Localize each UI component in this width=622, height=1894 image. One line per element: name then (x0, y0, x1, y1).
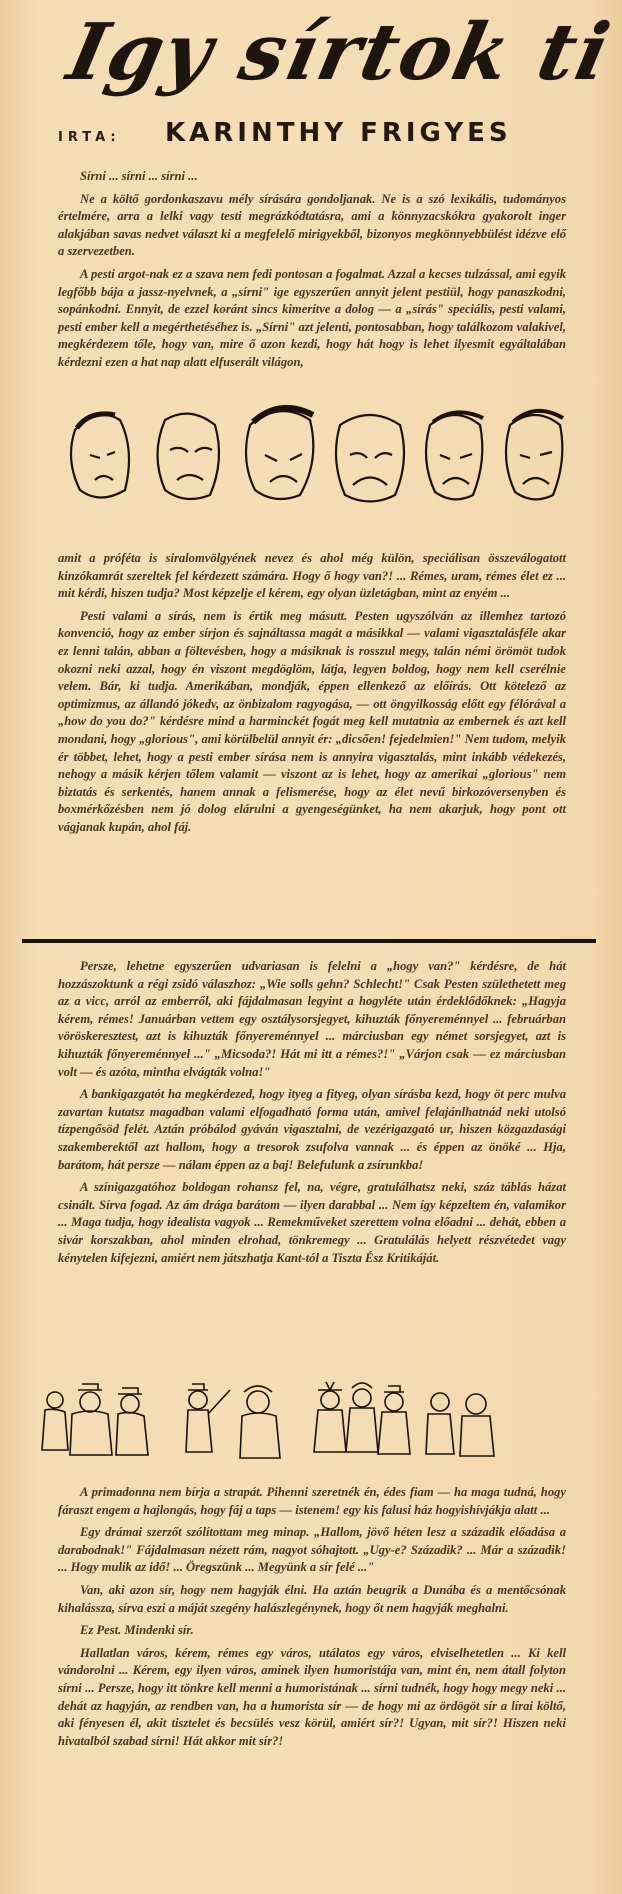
article-section-1: Sírni ... sírni ... sírni ... Ne a költő… (58, 168, 566, 377)
caricature-figures-icon (30, 1380, 510, 1465)
crying-faces-illustration (55, 400, 575, 510)
byline-label: IRTA: (58, 130, 121, 145)
paragraph: Sírni ... sírni ... sírni ... (58, 168, 566, 186)
paragraph: Persze, lehetne egyszerűen udvariasan is… (58, 958, 566, 1081)
paragraph: Van, aki azon sír, hogy nem hagyják élni… (58, 1582, 566, 1617)
lamenting-figures-illustration (30, 1380, 510, 1465)
paragraph: amit a próféta is siralomvölgyének nevez… (58, 550, 566, 603)
paragraph: A primadonna nem bírja a strapát. Pihenn… (58, 1484, 566, 1519)
paragraph: A színigazgatóhoz boldogan rohansz fel, … (58, 1179, 566, 1267)
article-section-2: amit a próféta is siralomvölgyének nevez… (58, 550, 566, 842)
paragraph: Egy drámai szerzőt szólítottam meg minap… (58, 1524, 566, 1577)
section-divider (22, 939, 596, 943)
paragraph: A bankigazgatót ha megkérdezed, hogy ity… (58, 1086, 566, 1174)
paragraph: Pesti valami a sírás, nem is értik meg m… (58, 608, 566, 837)
article-title: Igy sírtok ti (62, 14, 618, 92)
paragraph: Hallatlan város, kérem, rémes egy város,… (58, 1645, 566, 1751)
paragraph: Ne a költő gordonkaszavu mély sírására g… (58, 191, 566, 261)
caricature-faces-icon (55, 400, 575, 510)
author-name: KARINTHY FRIGYES (165, 118, 512, 148)
magazine-page: Igy sírtok ti IRTA: KARINTHY FRIGYES Sír… (0, 0, 622, 1894)
article-section-4: A primadonna nem bírja a strapát. Pihenn… (58, 1484, 566, 1755)
paragraph: Ez Pest. Mindenki sír. (58, 1622, 566, 1640)
article-section-3: Persze, lehetne egyszerűen udvariasan is… (58, 958, 566, 1272)
paragraph: A pesti argot-nak ez a szava nem fedi po… (58, 266, 566, 372)
